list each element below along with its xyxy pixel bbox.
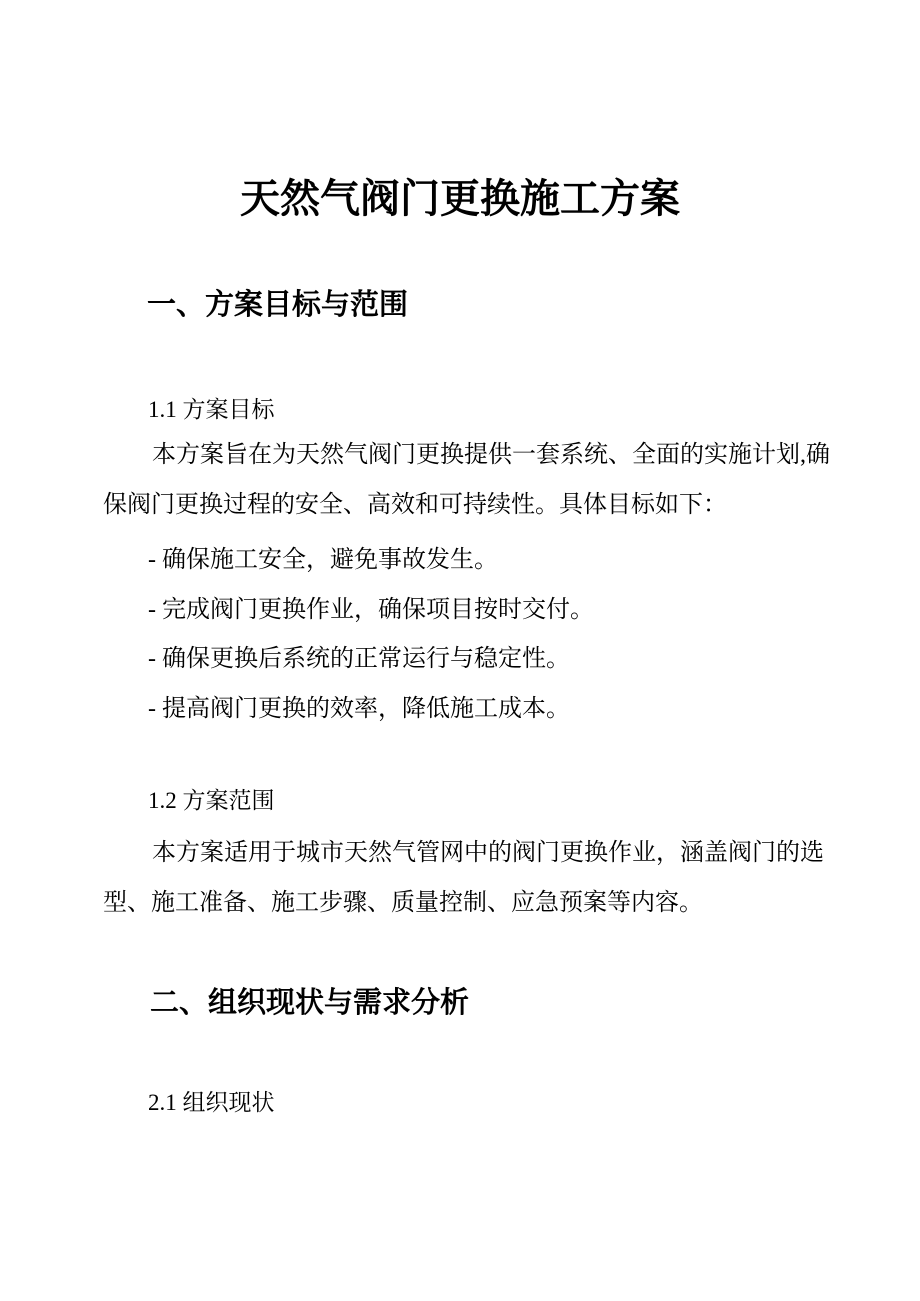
subsection-1-1-heading: 1.1 方案目标 <box>148 398 275 421</box>
section-2-heading: 二、组织现状与需求分析 <box>150 989 469 1018</box>
paragraph-1-line-1: 本方案旨在为天然气阀门更换提供一套系统、全面的实施计划,确 <box>152 443 830 467</box>
bullet-item-4: - 提高阀门更换的效率，降低施工成本。 <box>148 697 570 721</box>
bullet-item-1: - 确保施工安全，避免事故发生。 <box>148 548 498 572</box>
paragraph-2-line-2: 型、施工准备、施工步骤、质量控制、应急预案等内容。 <box>103 891 703 915</box>
document-title: 天然气阀门更换施工方案 <box>0 179 920 219</box>
bullet-item-2: - 完成阀门更换作业，确保项目按时交付。 <box>148 598 594 622</box>
bullet-item-3: - 确保更换后系统的正常运行与稳定性。 <box>148 647 570 671</box>
subsection-1-2-heading: 1.2 方案范围 <box>148 789 275 812</box>
paragraph-2-line-1: 本方案适用于城市天然气管网中的阀门更换作业，涵盖阀门的选 <box>152 841 824 865</box>
section-1-heading: 一、方案目标与范围 <box>147 291 408 320</box>
paragraph-1-line-2: 保阀门更换过程的安全、高效和可持续性。具体目标如下： <box>103 493 727 517</box>
document-page: 天然气阀门更换施工方案 一、方案目标与范围 1.1 方案目标 本方案旨在为天然气… <box>0 0 920 1301</box>
subsection-2-1-heading: 2.1 组织现状 <box>148 1091 275 1114</box>
